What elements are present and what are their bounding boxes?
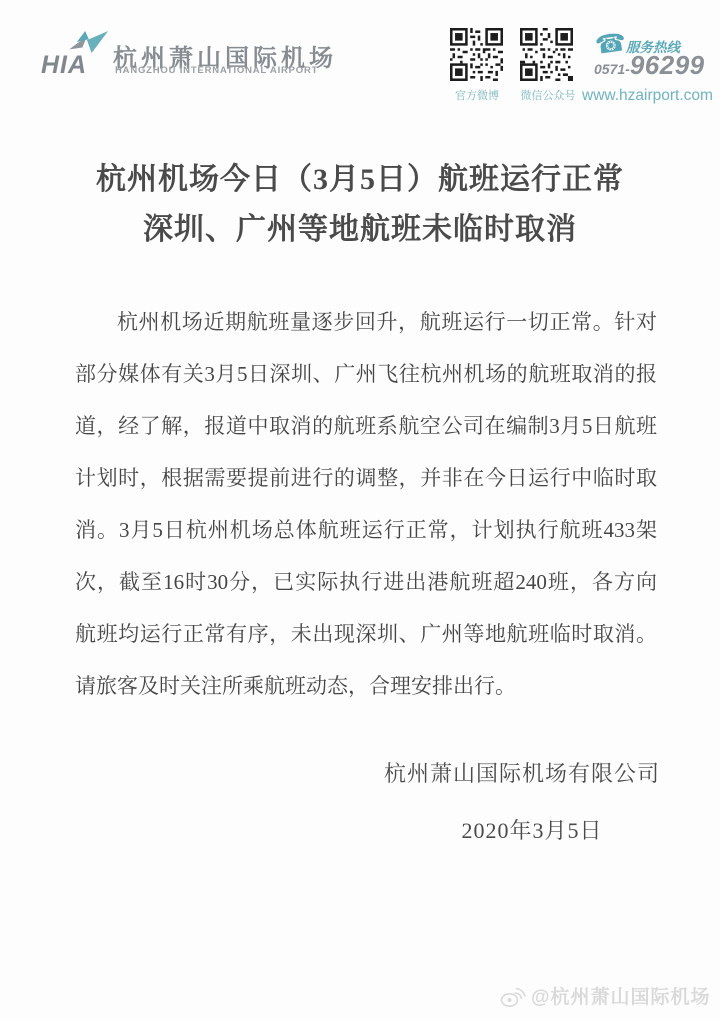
title-line-1: 杭州机场今日（3月5日）航班运行正常 — [0, 155, 720, 205]
signature-date: 2020年3月5日 — [394, 814, 670, 845]
hotline-main-number: 96299 — [630, 50, 705, 80]
title-line-2: 深圳、广州等地航班未临时取消 — [0, 205, 720, 255]
airport-notice-document: HIA 杭州萧山国际机场 HANGZHOU INTERNATIONAL AIRP… — [0, 0, 720, 1019]
notice-body: 杭州机场近期航班量逐步回升，航班运行一切正常。针对 部分媒体有关3月5日深圳、广… — [75, 296, 657, 712]
signature-company: 杭州萧山国际机场有限公司 — [384, 757, 660, 788]
notice-title: 杭州机场今日（3月5日）航班运行正常 深圳、广州等地航班未临时取消 — [0, 155, 720, 255]
body-line: 杭州机场近期航班量逐步回升，航班运行一切正常。针对 — [75, 296, 657, 348]
weibo-qr-label: 官方微博 — [442, 87, 512, 103]
hotline-prefix: 0571- — [594, 61, 630, 77]
logo-abbr: HIA — [41, 51, 87, 80]
wechat-qr-label: 微信公众号 — [513, 87, 583, 103]
hotline-number: 0571-96299 — [594, 50, 705, 81]
weibo-qr-code — [450, 28, 503, 81]
website-url: www.hzairport.com — [582, 87, 713, 105]
body-line: 部分媒体有关3月5日深圳、广州飞往杭州机场的航班取消的报 — [75, 348, 657, 400]
body-line: 航班均运行正常有序，未出现深圳、广州等地航班临时取消。 — [75, 608, 657, 660]
body-line: 消。3月5日杭州机场总体航班运行正常，计划执行航班433架 — [75, 504, 657, 556]
signature-block: 杭州萧山国际机场有限公司 2020年3月5日 — [384, 757, 660, 845]
body-line: 请旅客及时关注所乘航班动态，合理安排出行。 — [75, 660, 657, 712]
airport-name-en: HANGZHOU INTERNATIONAL AIRPORT — [115, 65, 318, 76]
body-line: 次，截至16时30分，已实际执行进出港航班超240班，各方向 — [75, 556, 657, 608]
wechat-qr-code — [520, 28, 573, 81]
weibo-watermark: @杭州萧山国际机场 — [500, 982, 711, 1009]
watermark-text: @杭州萧山国际机场 — [531, 982, 711, 1009]
body-line: 道，经了解，报道中取消的航班系航空公司在编制3月5日航班 — [75, 400, 657, 452]
body-line: 计划时，根据需要提前进行的调整，并非在今日运行中临时取 — [75, 452, 657, 504]
weibo-icon — [500, 984, 526, 1008]
